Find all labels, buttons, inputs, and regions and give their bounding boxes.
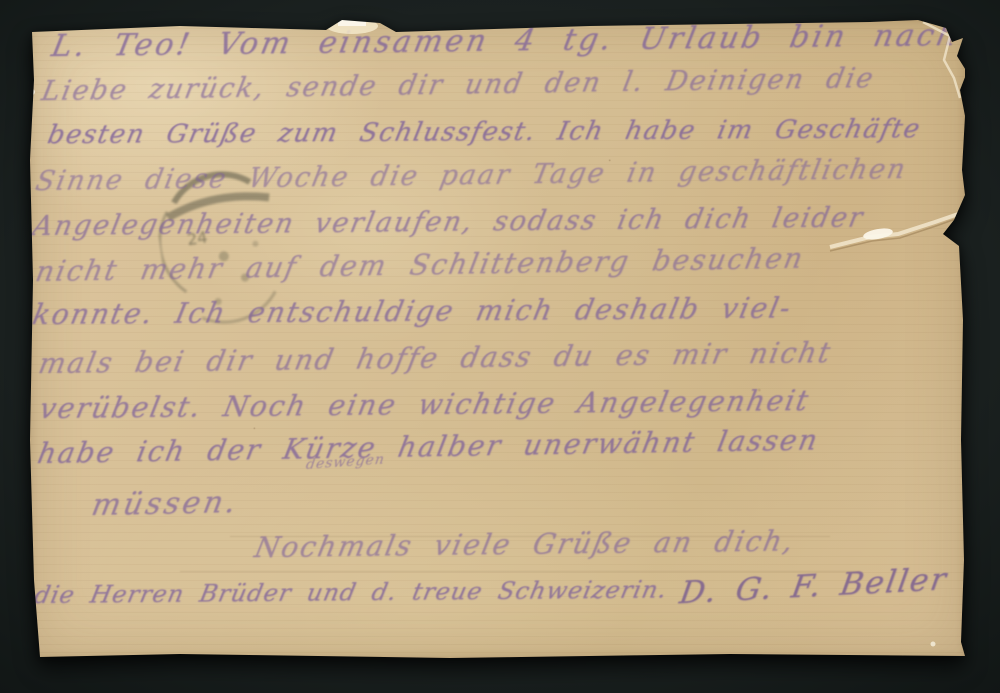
handwritten-message: L. Teo! Vom einsamen 4 tg. Urlaub bin na…	[30, 20, 965, 658]
handwritten-line-12: Nochmals viele Grüße an dich,	[252, 527, 797, 562]
postcard-shadow: 24 L. Teo! Vom einsamen 4 tg. Urlaub bin…	[30, 20, 965, 658]
closing-line-text: die Herren Brüder und d. treue Schweizer…	[32, 575, 670, 609]
handwritten-line-5: Angelegenheiten verlaufen, sodass ich di…	[30, 204, 866, 240]
handwritten-line-3: besten Grüße zum Schlussfest. Ich habe i…	[45, 116, 923, 148]
handwritten-line-13: die Herren Brüder und d. treue Schweizer…	[32, 570, 950, 609]
signature: D. G. F. Beller	[678, 564, 950, 609]
handwritten-line-9: verübelst. Noch eine wichtige Angelegenh…	[37, 387, 812, 423]
handwritten-line-1: L. Teo! Vom einsamen 4 tg. Urlaub bin na…	[49, 21, 962, 62]
handwritten-line-10: habe ich der Kürze halber unerwähnt lass…	[35, 426, 821, 468]
handwritten-line-6: nicht mehr auf dem Schlittenberg besuche…	[33, 245, 806, 287]
photo-background: 24 L. Teo! Vom einsamen 4 tg. Urlaub bin…	[0, 0, 1000, 693]
handwritten-line-8: mals bei dir und hoffe dass du es mir ni…	[36, 339, 834, 378]
postcard: 24 L. Teo! Vom einsamen 4 tg. Urlaub bin…	[30, 20, 965, 658]
handwritten-line-2: Liebe zurück, sende dir und den l. Deini…	[39, 65, 877, 105]
handwritten-line-7: konnte. Ich entschuldige mich deshalb vi…	[30, 294, 794, 329]
handwritten-line-4: Sinne diese Woche die paar Tage in gesch…	[33, 156, 909, 195]
handwritten-line-11: müssen.	[89, 488, 241, 521]
